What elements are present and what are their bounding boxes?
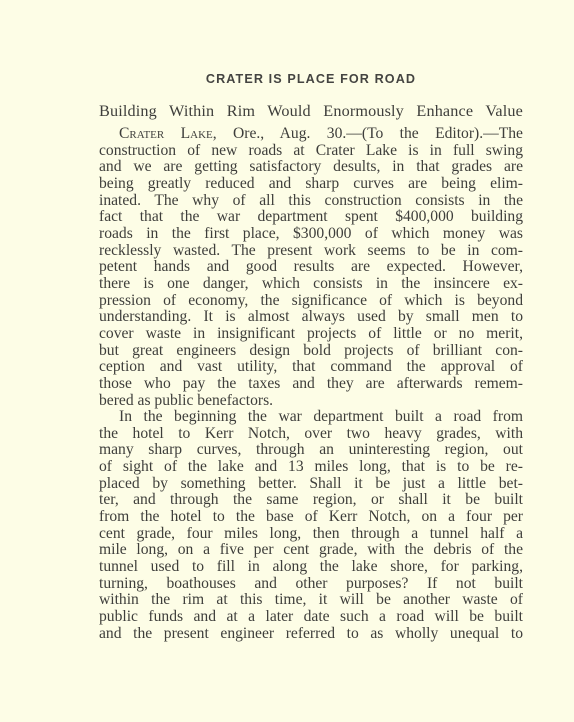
subheadline: Building Within Rim Would Enormously Enh… <box>99 102 523 121</box>
text-line: pression of economy, the significance of… <box>99 293 523 310</box>
text-line: ter, and through the same region, or sha… <box>99 492 523 509</box>
dateline-rest: , Ore., Aug. 30.—(To the Editor).—The <box>213 125 523 142</box>
text-line: understanding. It is almost always used … <box>99 309 523 326</box>
text-line: mile long, on a five per cent grade, wit… <box>99 542 523 559</box>
text-line: from the hotel to the base of Kerr Notch… <box>99 509 523 526</box>
text-line: roads in the first place, $300,000 of wh… <box>99 226 523 243</box>
text-line: many sharp curves, through an uninterest… <box>99 442 523 459</box>
text-line: In the beginning the war department buil… <box>99 409 523 426</box>
dateline-line: Crater Lake, Ore., Aug. 30.—(To the Edit… <box>99 126 523 143</box>
dateline-place: Crater Lake <box>119 125 213 142</box>
text-line: public funds and at a later date such a … <box>99 609 523 626</box>
text-line: there is one danger, which consists in t… <box>99 276 523 293</box>
text-line: within the rim at this time, it will be … <box>99 592 523 609</box>
text-line: being greatly reduced and sharp curves a… <box>99 176 523 193</box>
text-line: cover waste in insignificant projects of… <box>99 326 523 343</box>
text-line: fact that the war department spent $400,… <box>99 209 523 226</box>
headline: CRATER IS PLACE FOR ROAD <box>99 72 523 86</box>
text-line: petent hands and good results are expect… <box>99 259 523 276</box>
text-line: recklessly wasted. The present work seem… <box>99 243 523 260</box>
text-line: construction of new roads at Crater Lake… <box>99 143 523 160</box>
article-body: Crater Lake, Ore., Aug. 30.—(To the Edit… <box>99 126 523 642</box>
text-line: ception and vast utility, that command t… <box>99 359 523 376</box>
text-line: but great engineers design bold projects… <box>99 343 523 360</box>
text-line: cent grade, four miles long, then throug… <box>99 526 523 543</box>
text-line: of sight of the lake and 13 miles long, … <box>99 459 523 476</box>
text-line: bered as public benefactors. <box>99 393 523 410</box>
text-line: inated. The why of all this construction… <box>99 193 523 210</box>
text-line: the hotel to Kerr Notch, over two heavy … <box>99 426 523 443</box>
text-line: and the present engineer referred to as … <box>99 626 523 643</box>
text-line: turning, boathouses and other purposes? … <box>99 576 523 593</box>
text-line: and we are getting satisfactory desults,… <box>99 159 523 176</box>
text-line: those who pay the taxes and they are aft… <box>99 376 523 393</box>
text-line: tunnel used to fill in along the lake sh… <box>99 559 523 576</box>
text-line: placed by something better. Shall it be … <box>99 476 523 493</box>
